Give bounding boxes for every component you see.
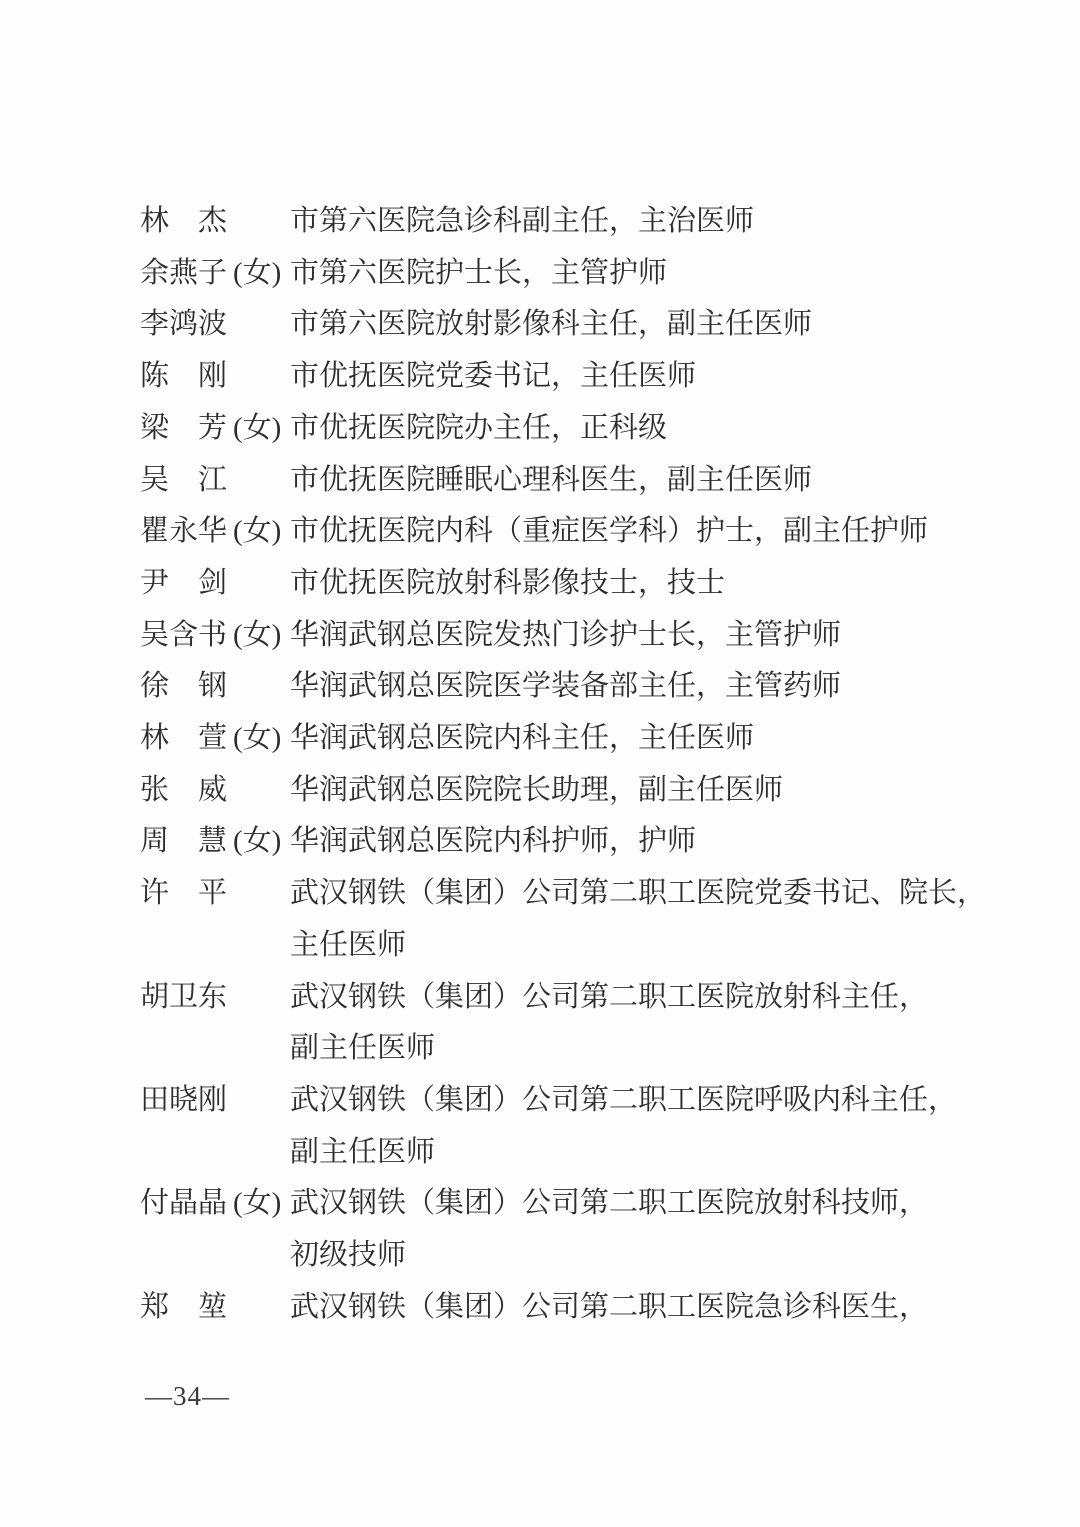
person-name: 周 慧: [140, 816, 233, 868]
person-title: 市第六医院放射影像科主任，副主任医师: [290, 299, 1060, 351]
person-name: 梁 芳: [140, 403, 233, 455]
person-name: 胡卫东: [140, 972, 233, 1024]
person-name: 田晓刚: [140, 1075, 233, 1127]
person-title: 市第六医院护士长，主管护师: [290, 248, 1060, 300]
person-title: 华润武钢总医院院长助理，副主任医师: [290, 765, 1060, 817]
person-name: 尹 剑: [140, 558, 233, 610]
person-title: 市第六医院急诊科副主任，主治医师: [290, 196, 1060, 248]
list-item: 陈 刚 市优抚医院党委书记，主任医师: [140, 351, 1060, 403]
person-name: 林 杰: [140, 196, 233, 248]
person-name: 余燕子: [140, 248, 233, 300]
list-item: 吴含书 (女) 华润武钢总医院发热门诊护士长，主管护师: [140, 610, 1060, 662]
list-item: 周 慧 (女) 华润武钢总医院内科护师，护师: [140, 816, 1060, 868]
person-name: 张 威: [140, 765, 233, 817]
list-item: 余燕子 (女) 市第六医院护士长，主管护师: [140, 248, 1060, 300]
gender-marker: (女): [233, 403, 290, 455]
person-title: 市优抚医院内科（重症医学科）护士，副主任护师: [290, 506, 1060, 558]
person-name: 许 平: [140, 868, 233, 920]
list-item: 胡卫东 武汉钢铁（集团）公司第二职工医院放射科主任， 副主任医师: [140, 972, 1060, 1075]
person-title: 武汉钢铁（集团）公司第二职工医院放射科主任， 副主任医师: [290, 972, 1060, 1075]
person-title: 市优抚医院党委书记，主任医师: [290, 351, 1060, 403]
document-page: 林 杰 市第六医院急诊科副主任，主治医师 余燕子 (女) 市第六医院护士长，主管…: [0, 0, 1080, 1527]
list-item: 郑 堃 武汉钢铁（集团）公司第二职工医院急诊科医生，: [140, 1282, 1060, 1334]
gender-marker: (女): [233, 816, 290, 868]
person-name: 陈 刚: [140, 351, 233, 403]
person-title: 武汉钢铁（集团）公司第二职工医院党委书记、院长， 主任医师: [290, 868, 1060, 971]
person-name: 李鸿波: [140, 299, 233, 351]
person-title: 华润武钢总医院医学装备部主任，主管药师: [290, 661, 1060, 713]
person-name: 郑 堃: [140, 1282, 233, 1334]
list-item: 吴 江 市优抚医院睡眠心理科医生，副主任医师: [140, 455, 1060, 507]
gender-marker: (女): [233, 610, 290, 662]
person-title: 武汉钢铁（集团）公司第二职工医院放射科技师， 初级技师: [290, 1178, 1060, 1281]
list-item: 许 平 武汉钢铁（集团）公司第二职工医院党委书记、院长， 主任医师: [140, 868, 1060, 971]
person-title: 市优抚医院院办主任，正科级: [290, 403, 1060, 455]
person-title: 华润武钢总医院内科主任，主任医师: [290, 713, 1060, 765]
gender-marker: (女): [233, 248, 290, 300]
person-name: 吴 江: [140, 455, 233, 507]
person-name: 徐 钢: [140, 661, 233, 713]
gender-marker: (女): [233, 1178, 290, 1230]
list-item: 田晓刚 武汉钢铁（集团）公司第二职工医院呼吸内科主任， 副主任医师: [140, 1075, 1060, 1178]
list-item: 瞿永华 (女) 市优抚医院内科（重症医学科）护士，副主任护师: [140, 506, 1060, 558]
list-item: 张 威 华润武钢总医院院长助理，副主任医师: [140, 765, 1060, 817]
gender-marker: (女): [233, 506, 290, 558]
person-name: 吴含书: [140, 610, 233, 662]
gender-marker: (女): [233, 713, 290, 765]
page-number: —34—: [145, 1381, 230, 1412]
person-name: 林 萱: [140, 713, 233, 765]
person-title: 市优抚医院放射科影像技士，技士: [290, 558, 1060, 610]
award-list: 林 杰 市第六医院急诊科副主任，主治医师 余燕子 (女) 市第六医院护士长，主管…: [140, 196, 1060, 1333]
person-title: 华润武钢总医院内科护师，护师: [290, 816, 1060, 868]
person-name: 付晶晶: [140, 1178, 233, 1230]
list-item: 徐 钢 华润武钢总医院医学装备部主任，主管药师: [140, 661, 1060, 713]
list-item: 李鸿波 市第六医院放射影像科主任，副主任医师: [140, 299, 1060, 351]
list-item: 尹 剑 市优抚医院放射科影像技士，技士: [140, 558, 1060, 610]
list-item: 梁 芳 (女) 市优抚医院院办主任，正科级: [140, 403, 1060, 455]
person-title: 市优抚医院睡眠心理科医生，副主任医师: [290, 455, 1060, 507]
list-item: 付晶晶 (女) 武汉钢铁（集团）公司第二职工医院放射科技师， 初级技师: [140, 1178, 1060, 1281]
list-item: 林 杰 市第六医院急诊科副主任，主治医师: [140, 196, 1060, 248]
person-title: 武汉钢铁（集团）公司第二职工医院急诊科医生，: [290, 1282, 1060, 1334]
person-name: 瞿永华: [140, 506, 233, 558]
person-title: 华润武钢总医院发热门诊护士长，主管护师: [290, 610, 1060, 662]
list-item: 林 萱 (女) 华润武钢总医院内科主任，主任医师: [140, 713, 1060, 765]
person-title: 武汉钢铁（集团）公司第二职工医院呼吸内科主任， 副主任医师: [290, 1075, 1060, 1178]
